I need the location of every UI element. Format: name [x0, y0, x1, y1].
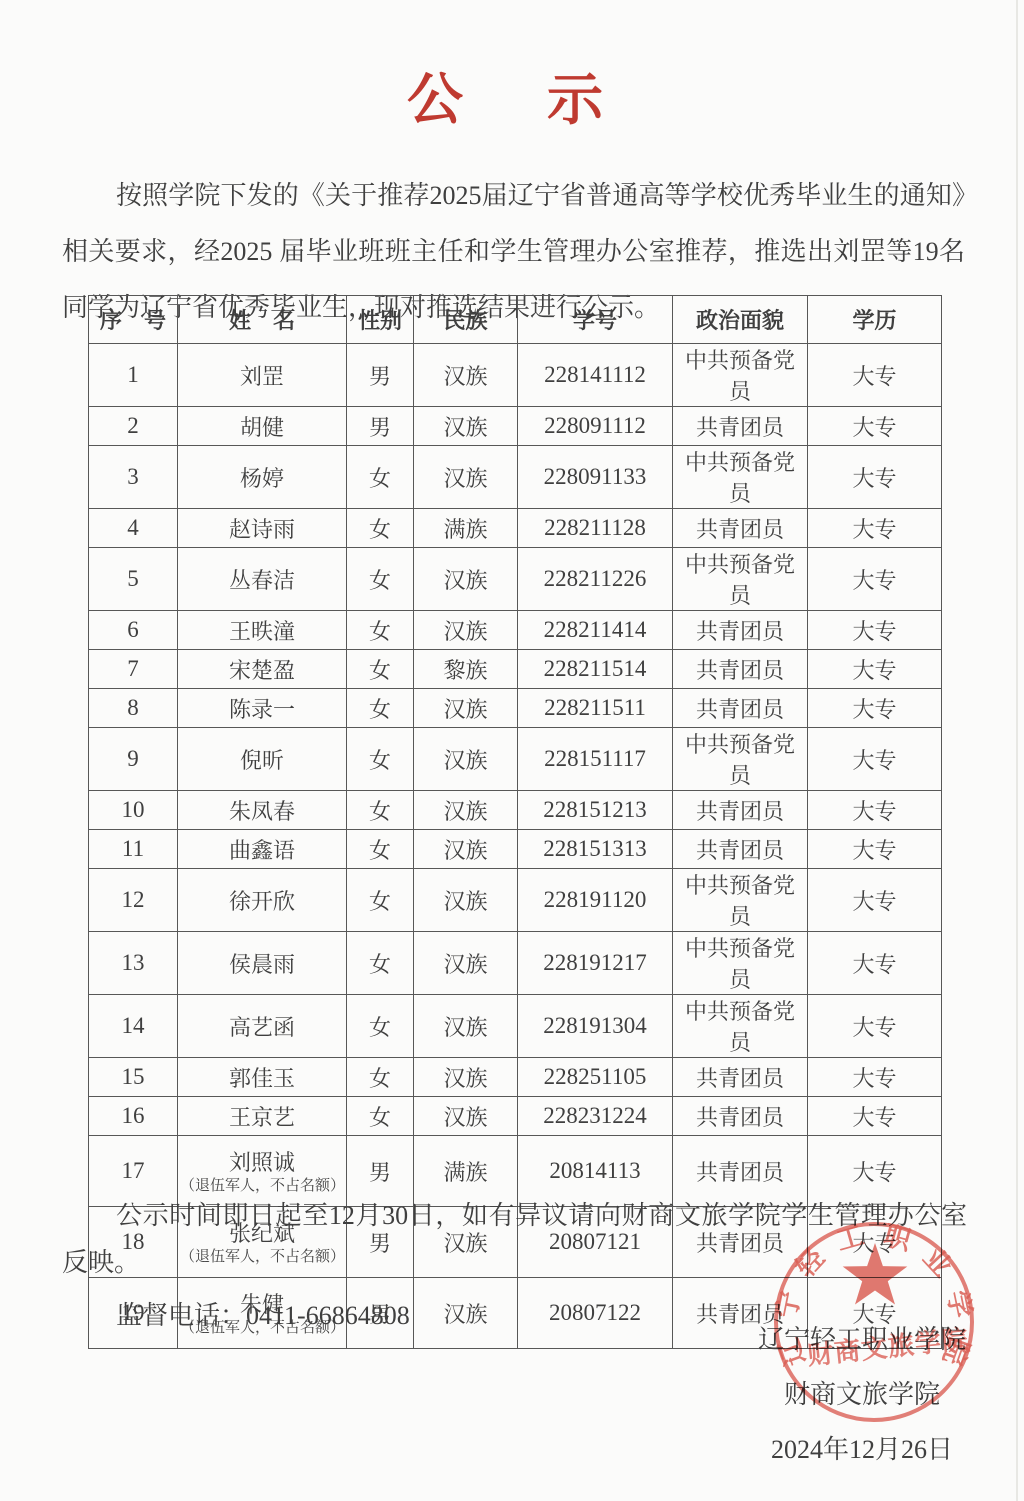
cell-student_id: 228151313 — [518, 830, 673, 869]
cell-student_id: 228091112 — [518, 407, 673, 446]
table-row: 7宋楚盈女黎族228211514共青团员大专 — [89, 650, 942, 689]
column-header-name: 姓 名 — [178, 296, 347, 344]
cell-education: 大专 — [808, 344, 942, 407]
column-header-education: 学历 — [808, 296, 942, 344]
cell-student_id: 228251105 — [518, 1058, 673, 1097]
cell-political_status: 共青团员 — [673, 1097, 808, 1136]
cell-gender: 女 — [347, 611, 414, 650]
cell-political_status: 共青团员 — [673, 407, 808, 446]
student-name: 倪昕 — [240, 748, 284, 773]
cell-name: 朱凤春 — [178, 791, 347, 830]
signature-block: 辽宁轻工职业学院 财商文旅学院 2024年12月26日 — [744, 1312, 980, 1477]
cell-no: 3 — [89, 446, 178, 509]
column-header-student_id: 学号 — [518, 296, 673, 344]
cell-political_status: 共青团员 — [673, 689, 808, 728]
table-row: 6王昳潼女汉族228211414共青团员大专 — [89, 611, 942, 650]
cell-gender: 女 — [347, 1097, 414, 1136]
cell-political_status: 共青团员 — [673, 830, 808, 869]
cell-no: 6 — [89, 611, 178, 650]
table-header-row: 序 号姓 名性别民族学号政治面貌学历 — [89, 296, 942, 344]
cell-education: 大专 — [808, 1058, 942, 1097]
table-row: 14高艺函女汉族228191304中共预备党员大专 — [89, 995, 942, 1058]
cell-political_status: 中共预备党员 — [673, 869, 808, 932]
cell-ethnicity: 汉族 — [414, 344, 518, 407]
cell-ethnicity: 汉族 — [414, 446, 518, 509]
cell-student_id: 228211226 — [518, 548, 673, 611]
student-name: 刘罡 — [240, 364, 284, 389]
cell-student_id: 228191304 — [518, 995, 673, 1058]
cell-student_id: 228151117 — [518, 728, 673, 791]
cell-political_status: 中共预备党员 — [673, 548, 808, 611]
cell-ethnicity: 汉族 — [414, 791, 518, 830]
signature-school: 财商文旅学院 — [784, 1367, 940, 1422]
cell-student_id: 228191120 — [518, 869, 673, 932]
cell-gender: 女 — [347, 650, 414, 689]
scan-edge-line — [1016, 0, 1018, 1501]
cell-political_status: 共青团员 — [673, 509, 808, 548]
cell-gender: 女 — [347, 791, 414, 830]
column-header-ethnicity: 民族 — [414, 296, 518, 344]
cell-ethnicity: 汉族 — [414, 1058, 518, 1097]
cell-ethnicity: 汉族 — [414, 407, 518, 446]
cell-education: 大专 — [808, 650, 942, 689]
cell-gender: 女 — [347, 509, 414, 548]
cell-education: 大专 — [808, 548, 942, 611]
student-name: 朱凤春 — [229, 799, 295, 824]
table-row: 4赵诗雨女满族228211128共青团员大专 — [89, 509, 942, 548]
cell-education: 大专 — [808, 869, 942, 932]
cell-ethnicity: 汉族 — [414, 728, 518, 791]
cell-ethnicity: 汉族 — [414, 932, 518, 995]
cell-gender: 女 — [347, 1058, 414, 1097]
cell-name: 曲鑫语 — [178, 830, 347, 869]
student-name: 高艺函 — [229, 1015, 295, 1040]
cell-gender: 女 — [347, 548, 414, 611]
cell-no: 8 — [89, 689, 178, 728]
notice-text: 公示时间即日起至12月30日，如有异议请向财商文旅学院学生管理办公室反映。 — [62, 1192, 967, 1286]
cell-gender: 女 — [347, 830, 414, 869]
cell-political_status: 中共预备党员 — [673, 446, 808, 509]
cell-name: 胡健 — [178, 407, 347, 446]
cell-student_id: 228211514 — [518, 650, 673, 689]
cell-education: 大专 — [808, 995, 942, 1058]
cell-education: 大专 — [808, 830, 942, 869]
cell-political_status: 中共预备党员 — [673, 995, 808, 1058]
cell-education: 大专 — [808, 932, 942, 995]
cell-education: 大专 — [808, 446, 942, 509]
signature-college: 辽宁轻工职业学院 — [758, 1312, 966, 1367]
cell-no: 9 — [89, 728, 178, 791]
cell-ethnicity: 满族 — [414, 509, 518, 548]
column-header-gender: 性别 — [347, 296, 414, 344]
column-header-no: 序 号 — [89, 296, 178, 344]
table-row: 9倪昕女汉族228151117中共预备党员大专 — [89, 728, 942, 791]
table-row: 11曲鑫语女汉族228151313共青团员大专 — [89, 830, 942, 869]
cell-gender: 女 — [347, 689, 414, 728]
signature-date: 2024年12月26日 — [771, 1422, 953, 1477]
cell-no: 4 — [89, 509, 178, 548]
cell-no: 1 — [89, 344, 178, 407]
student-name: 王昳潼 — [229, 619, 295, 644]
cell-name: 赵诗雨 — [178, 509, 347, 548]
cell-ethnicity: 汉族 — [414, 611, 518, 650]
cell-no: 14 — [89, 995, 178, 1058]
cell-name: 郭佳玉 — [178, 1058, 347, 1097]
student-name: 郭佳玉 — [229, 1066, 295, 1091]
cell-ethnicity: 汉族 — [414, 689, 518, 728]
cell-gender: 女 — [347, 728, 414, 791]
table-row: 5丛春洁女汉族228211226中共预备党员大专 — [89, 548, 942, 611]
student-name: 曲鑫语 — [229, 838, 295, 863]
cell-education: 大专 — [808, 509, 942, 548]
cell-ethnicity: 汉族 — [414, 548, 518, 611]
cell-name: 杨婷 — [178, 446, 347, 509]
cell-name: 刘罡 — [178, 344, 347, 407]
cell-education: 大专 — [808, 791, 942, 830]
column-header-political_status: 政治面貌 — [673, 296, 808, 344]
cell-ethnicity: 汉族 — [414, 1097, 518, 1136]
table-row: 12徐开欣女汉族228191120中共预备党员大专 — [89, 869, 942, 932]
table-row: 16王京艺女汉族228231224共青团员大专 — [89, 1097, 942, 1136]
cell-student_id: 228091133 — [518, 446, 673, 509]
cell-no: 10 — [89, 791, 178, 830]
graduates-table-container: 序 号姓 名性别民族学号政治面貌学历 1刘罡男汉族228141112中共预备党员… — [88, 295, 942, 1349]
cell-name: 王京艺 — [178, 1097, 347, 1136]
cell-political_status: 中共预备党员 — [673, 932, 808, 995]
cell-education: 大专 — [808, 689, 942, 728]
graduates-table: 序 号姓 名性别民族学号政治面貌学历 1刘罡男汉族228141112中共预备党员… — [88, 295, 942, 1349]
cell-student_id: 228211511 — [518, 689, 673, 728]
cell-name: 丛春洁 — [178, 548, 347, 611]
cell-education: 大专 — [808, 728, 942, 791]
cell-political_status: 中共预备党员 — [673, 344, 808, 407]
table-row: 1刘罡男汉族228141112中共预备党员大专 — [89, 344, 942, 407]
cell-gender: 女 — [347, 932, 414, 995]
cell-name: 宋楚盈 — [178, 650, 347, 689]
table-row: 3杨婷女汉族228091133中共预备党员大专 — [89, 446, 942, 509]
cell-student_id: 228191217 — [518, 932, 673, 995]
cell-ethnicity: 汉族 — [414, 869, 518, 932]
cell-gender: 女 — [347, 446, 414, 509]
student-name: 宋楚盈 — [229, 658, 295, 683]
student-name: 刘照诚 — [229, 1150, 295, 1175]
cell-gender: 女 — [347, 995, 414, 1058]
cell-student_id: 228151213 — [518, 791, 673, 830]
cell-education: 大专 — [808, 1097, 942, 1136]
cell-student_id: 228231224 — [518, 1097, 673, 1136]
table-row: 2胡健男汉族228091112共青团员大专 — [89, 407, 942, 446]
cell-student_id: 228211128 — [518, 509, 673, 548]
cell-student_id: 228211414 — [518, 611, 673, 650]
cell-no: 15 — [89, 1058, 178, 1097]
document-page: 公 示 按照学院下发的《关于推荐2025届辽宁省普通高等学校优秀毕业生的通知》相… — [0, 0, 1024, 1501]
cell-political_status: 中共预备党员 — [673, 728, 808, 791]
table-row: 13侯晨雨女汉族228191217中共预备党员大专 — [89, 932, 942, 995]
table-row: 15郭佳玉女汉族228251105共青团员大专 — [89, 1058, 942, 1097]
cell-gender: 男 — [347, 407, 414, 446]
student-name: 胡健 — [240, 415, 284, 440]
table-row: 10朱凤春女汉族228151213共青团员大专 — [89, 791, 942, 830]
cell-education: 大专 — [808, 611, 942, 650]
student-name: 杨婷 — [240, 466, 284, 491]
student-name: 侯晨雨 — [229, 952, 295, 977]
student-name: 王京艺 — [229, 1105, 295, 1130]
cell-name: 侯晨雨 — [178, 932, 347, 995]
cell-education: 大专 — [808, 407, 942, 446]
student-name: 丛春洁 — [229, 568, 295, 593]
cell-no: 12 — [89, 869, 178, 932]
student-name: 陈录一 — [229, 697, 295, 722]
cell-name: 高艺函 — [178, 995, 347, 1058]
cell-no: 13 — [89, 932, 178, 995]
cell-gender: 男 — [347, 344, 414, 407]
cell-ethnicity: 汉族 — [414, 995, 518, 1058]
cell-name: 徐开欣 — [178, 869, 347, 932]
cell-ethnicity: 黎族 — [414, 650, 518, 689]
cell-name: 王昳潼 — [178, 611, 347, 650]
table-row: 8陈录一女汉族228211511共青团员大专 — [89, 689, 942, 728]
cell-student_id: 228141112 — [518, 344, 673, 407]
cell-name: 陈录一 — [178, 689, 347, 728]
cell-political_status: 共青团员 — [673, 1058, 808, 1097]
cell-political_status: 共青团员 — [673, 650, 808, 689]
cell-no: 11 — [89, 830, 178, 869]
page-title: 公 示 — [0, 56, 1024, 136]
cell-no: 5 — [89, 548, 178, 611]
cell-no: 16 — [89, 1097, 178, 1136]
student-name: 徐开欣 — [229, 889, 295, 914]
cell-no: 2 — [89, 407, 178, 446]
cell-name: 倪昕 — [178, 728, 347, 791]
cell-gender: 女 — [347, 869, 414, 932]
cell-political_status: 共青团员 — [673, 611, 808, 650]
cell-political_status: 共青团员 — [673, 791, 808, 830]
cell-no: 7 — [89, 650, 178, 689]
table-header: 序 号姓 名性别民族学号政治面貌学历 — [89, 296, 942, 344]
cell-ethnicity: 汉族 — [414, 830, 518, 869]
student-name: 赵诗雨 — [229, 517, 295, 542]
